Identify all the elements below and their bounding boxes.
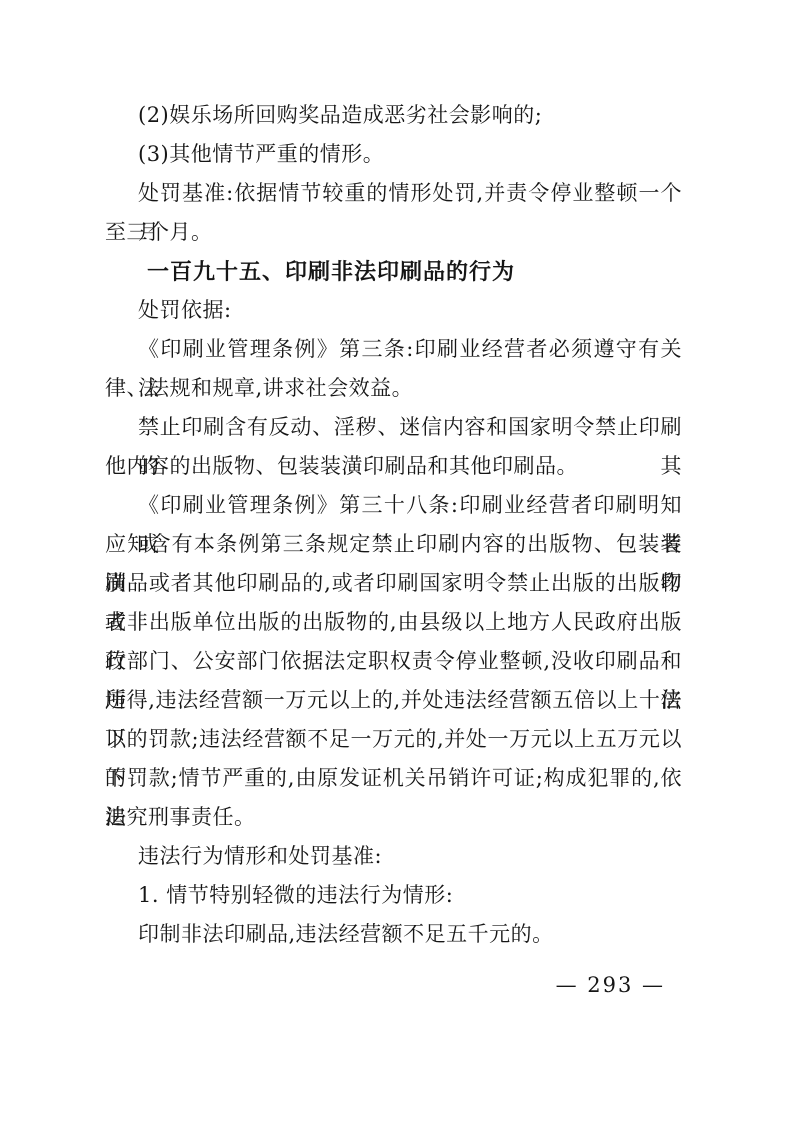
text-line: 下的罚款;违法经营额不足一万元的,并处一万元以上五万元以下 [105, 720, 682, 759]
document-page: (2)娱乐场所回购奖品造成恶劣社会影响的;(3)其他情节严重的情形。处罚基准:依… [0, 0, 793, 1122]
text-line: 1. 情节特别轻微的违法行为情形: [105, 876, 682, 915]
text-line: 的罚款;情节严重的,由原发证机关吊销许可证;构成犯罪的,依法 [105, 759, 682, 798]
text-line: 处罚依据: [105, 291, 682, 330]
text-line: 律、法规和规章,讲求社会效益。 [105, 369, 682, 408]
text-line: 追究刑事责任。 [105, 798, 682, 837]
text-block: (2)娱乐场所回购奖品造成恶劣社会影响的;(3)其他情节严重的情形。处罚基准:依… [105, 96, 682, 954]
text-line: 政部门、公安部门依据法定职权责令停业整顿,没收印刷品和违法 [105, 642, 682, 681]
text-line: 至三个月。 [105, 213, 682, 252]
section-heading: 一百九十五、印刷非法印刷品的行为 [105, 252, 682, 291]
text-line: 应知含有本条例第三条规定禁止印刷内容的出版物、包装装潢印 [105, 525, 682, 564]
text-line: 处罚基准:依据情节较重的情形处罚,并责令停业整顿一个月 [105, 174, 682, 213]
text-line: 禁止印刷含有反动、淫秽、迷信内容和国家明令禁止印刷的其 [105, 408, 682, 447]
text-line: 刷品或者其他印刷品的,或者印刷国家明令禁止出版的出版物或 [105, 564, 682, 603]
text-line: 所得,违法经营额一万元以上的,并处违法经营额五倍以上十倍以 [105, 681, 682, 720]
text-line: 者非出版单位出版的出版物的,由县级以上地方人民政府出版行 [105, 603, 682, 642]
page-number: — 293 — [556, 966, 665, 1005]
text-line: (3)其他情节严重的情形。 [105, 135, 682, 174]
text-line: 印制非法印刷品,违法经营额不足五千元的。 [105, 915, 682, 954]
text-line: 《印刷业管理条例》第三十八条:印刷业经营者印刷明知或者 [105, 486, 682, 525]
text-line: 违法行为情形和处罚基准: [105, 837, 682, 876]
text-line: 《印刷业管理条例》第三条:印刷业经营者必须遵守有关法 [105, 330, 682, 369]
text-line: (2)娱乐场所回购奖品造成恶劣社会影响的; [105, 96, 682, 135]
